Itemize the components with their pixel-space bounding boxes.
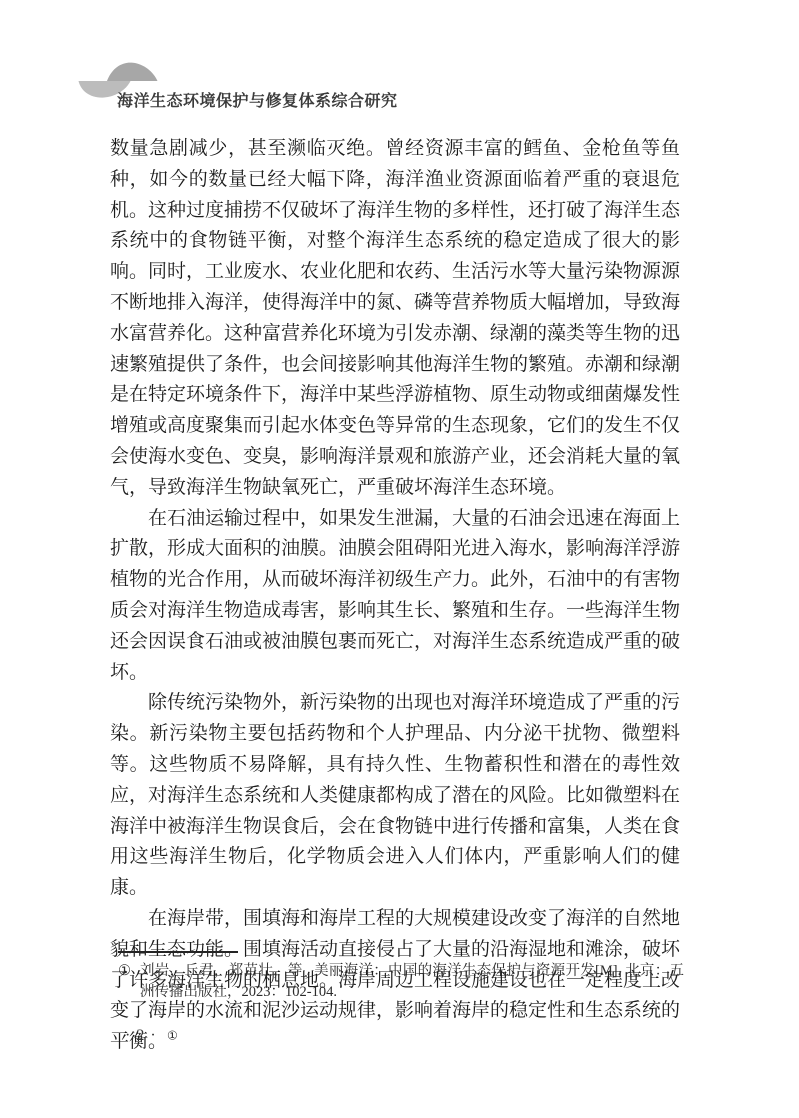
footnote-text: 刘岩，丘君，郑苗壮，等 . 美丽海洋：中国的海洋生态保护与资源开发[M]. 北京…: [140, 961, 684, 1002]
paragraph-1: 数量急剧减少，甚至濒临灭绝。曾经资源丰富的鳕鱼、金枪鱼等鱼种，如今的数量已经大幅…: [110, 134, 680, 504]
body-text: 数量急剧减少，甚至濒临灭绝。曾经资源丰富的鳕鱼、金枪鱼等鱼种，如今的数量已经大幅…: [110, 134, 680, 1058]
running-title: 海洋生态环境保护与修复体系综合研究: [117, 88, 398, 111]
footnote-marker: ①: [118, 961, 140, 1002]
footnote-reference-mark: ①: [167, 1029, 178, 1043]
paragraph-3: 除传统污染物外，新污染物的出现也对海洋环境造成了严重的污染。新污染物主要包括药物…: [110, 688, 680, 904]
book-page: 海洋生态环境保护与修复体系综合研究 数量急剧减少，甚至濒临灭绝。曾经资源丰富的鳕…: [0, 0, 799, 1118]
wave-right-lobe: [107, 63, 158, 81]
footnote-separator: [118, 951, 238, 953]
paragraph-2: 在石油运输过程中，如果发生泄漏，大量的石油会迅速在海面上扩散，形成大面积的油膜。…: [110, 504, 680, 689]
page-number: · 2 ·: [125, 1027, 157, 1045]
footnote: ① 刘岩，丘君，郑苗壮，等 . 美丽海洋：中国的海洋生态保护与资源开发[M]. …: [118, 961, 684, 1002]
